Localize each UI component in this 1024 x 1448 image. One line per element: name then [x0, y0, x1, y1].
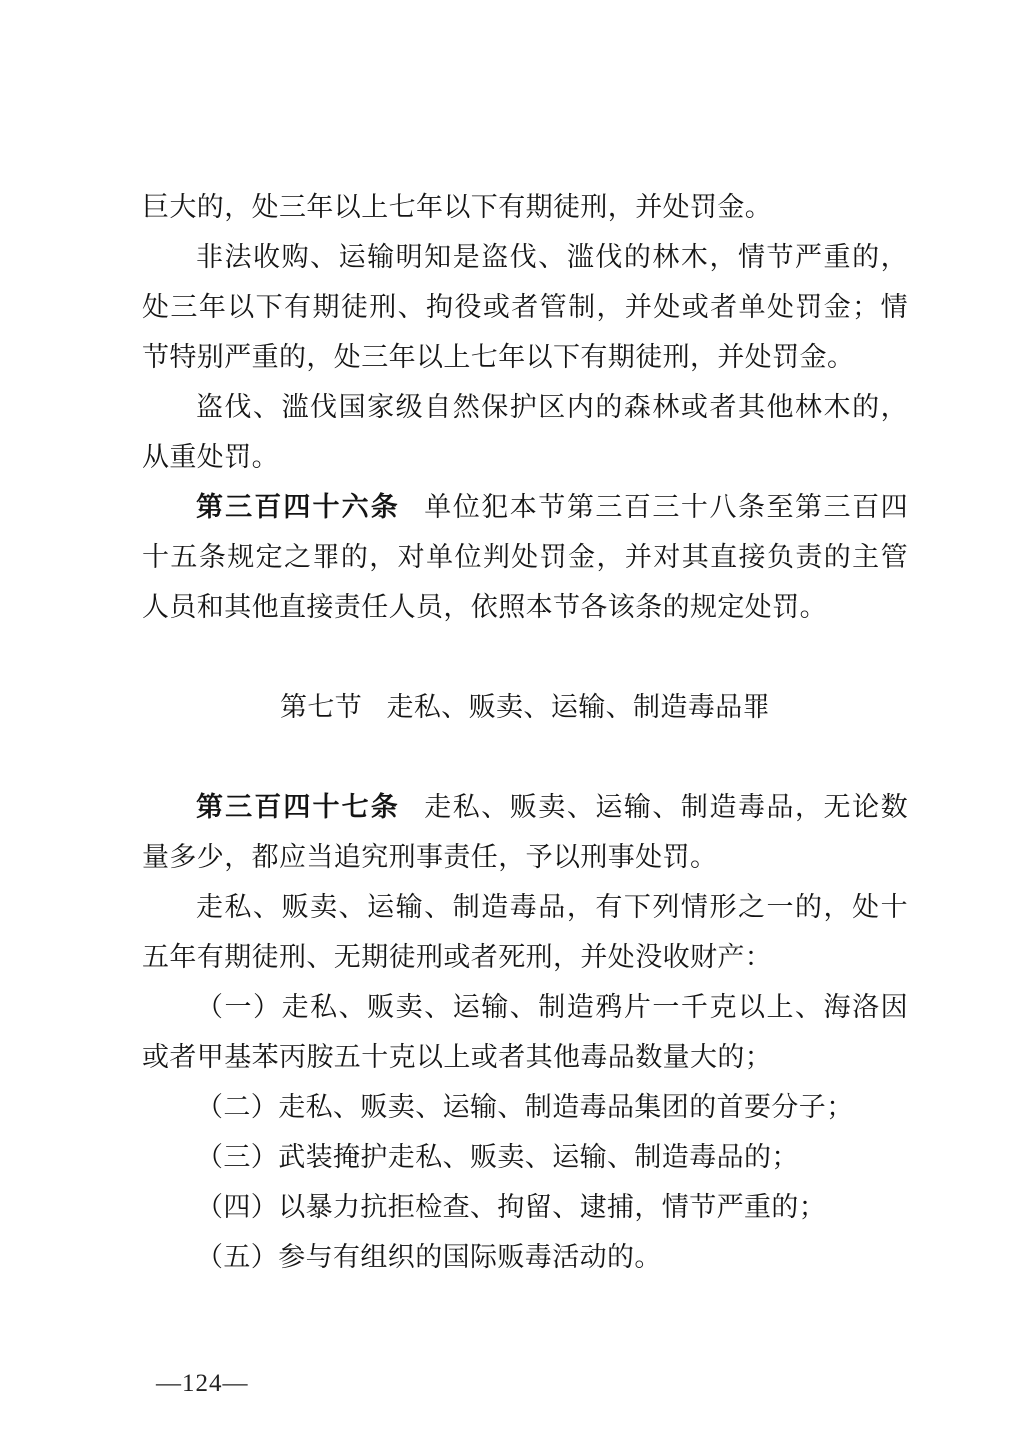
list-item-4: （四）以暴力抗拒检查、拘留、逮捕，情节严重的； — [142, 1182, 908, 1232]
paragraph-illegal-purchase: 非法收购、运输明知是盗伐、滥伐的林木，情节严重的，处三年以下有期徒刑、拘役或者管… — [142, 232, 908, 382]
paragraph-article-346: 第三百四十六条单位犯本节第三百三十八条至第三百四十五条规定之罪的，对单位判处罚金… — [142, 482, 908, 632]
article-347-number: 第三百四十七条 — [196, 792, 424, 822]
paragraph-continuation: 巨大的，处三年以上七年以下有期徒刑，并处罚金。 — [142, 182, 908, 232]
paragraph-nature-reserve: 盗伐、滥伐国家级自然保护区内的森林或者其他林木的，从重处罚。 — [142, 382, 908, 482]
document-body: 巨大的，处三年以上七年以下有期徒刑，并处罚金。 非法收购、运输明知是盗伐、滥伐的… — [142, 182, 908, 1282]
list-item-3: （三）武装掩护走私、贩卖、运输、制造毒品的； — [142, 1132, 908, 1182]
article-346-number: 第三百四十六条 — [196, 492, 424, 522]
list-item-2: （二）走私、贩卖、运输、制造毒品集团的首要分子； — [142, 1082, 908, 1132]
list-item-5: （五）参与有组织的国际贩毒活动的。 — [142, 1232, 908, 1282]
section-7-title: 走私、贩卖、运输、制造毒品罪 — [386, 692, 770, 722]
document-page: 巨大的，处三年以上七年以下有期徒刑，并处罚金。 非法收购、运输明知是盗伐、滥伐的… — [0, 0, 1024, 1448]
section-7-label: 第七节 — [280, 692, 387, 722]
paragraph-circumstances: 走私、贩卖、运输、制造毒品，有下列情形之一的，处十五年有期徒刑、无期徒刑或者死刑… — [142, 882, 908, 982]
list-item-1: （一）走私、贩卖、运输、制造鸦片一千克以上、海洛因或者甲基苯丙胺五十克以上或者其… — [142, 982, 908, 1082]
page-number: —124— — [156, 1368, 249, 1400]
section-7-heading: 第七节走私、贩卖、运输、制造毒品罪 — [142, 682, 908, 732]
paragraph-article-347: 第三百四十七条走私、贩卖、运输、制造毒品，无论数量多少，都应当追究刑事责任，予以… — [142, 782, 908, 882]
